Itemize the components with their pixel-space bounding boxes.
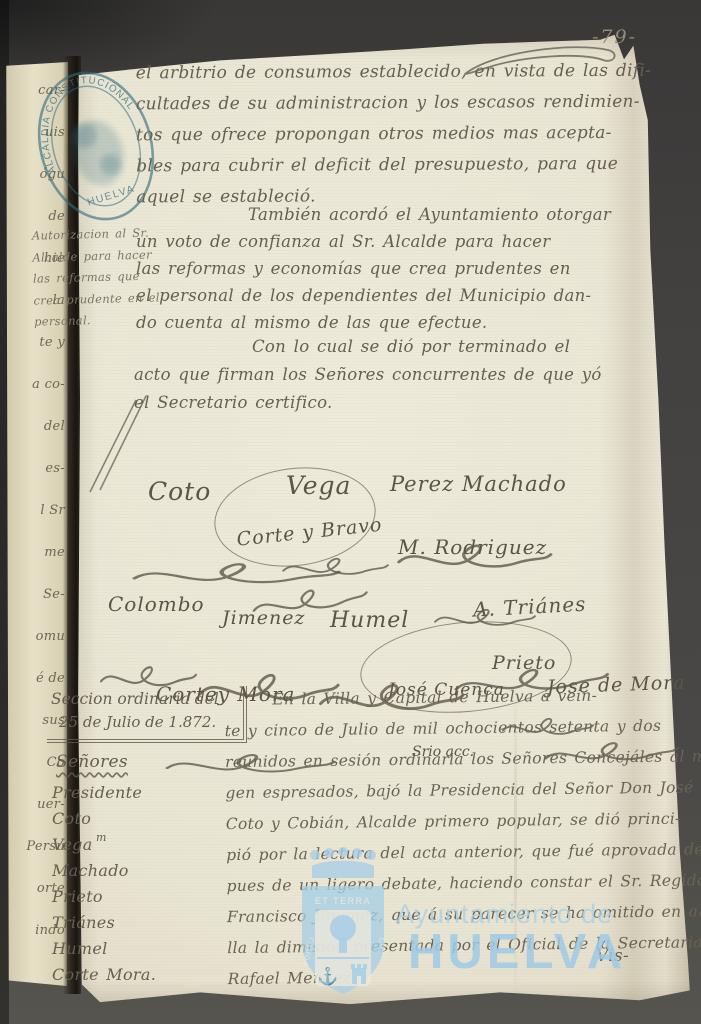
paragraph-cierre-acta: Con lo cual se dió por terminado el acto… <box>134 333 602 417</box>
session-date: 25 de Julio de 1.872. <box>51 713 235 731</box>
scanned-manuscript-page: car- uis ógu de hie la te y a co- del es… <box>0 0 701 1024</box>
margin-note-autorizacion: Autorizacion al Sr. Alcalde para hacer l… <box>32 222 161 333</box>
margin-mark: m <box>96 831 107 844</box>
paper-crease <box>514 676 517 1006</box>
attendees-list: Presidente Coto Vega Machado Prieto Triá… <box>52 780 156 988</box>
paraph-strokes-icon <box>86 392 152 494</box>
paragraph-voto-confianza: También acordó el Ayuntamiento otorgar u… <box>136 201 611 336</box>
paragraph-arbitrio-consumos: el arbitrio de consumos establecido, en … <box>136 56 652 214</box>
session-header-box: Seccion ordinaria del 25 de Julio de 1.8… <box>47 686 247 743</box>
session-type: Seccion ordinaria del <box>51 690 235 708</box>
signature-name: Jimenez <box>222 607 341 629</box>
stamp-coat-of-arms-blob <box>65 114 132 192</box>
session-minutes-text: En la Villa y Capital de Huelva á vein- … <box>224 679 701 995</box>
catchword: Vis- <box>596 946 629 966</box>
signature-name: Colombo <box>108 592 205 616</box>
signature-name: Corte y Bravo <box>236 514 384 551</box>
attendees-header: Señores <box>56 752 128 772</box>
